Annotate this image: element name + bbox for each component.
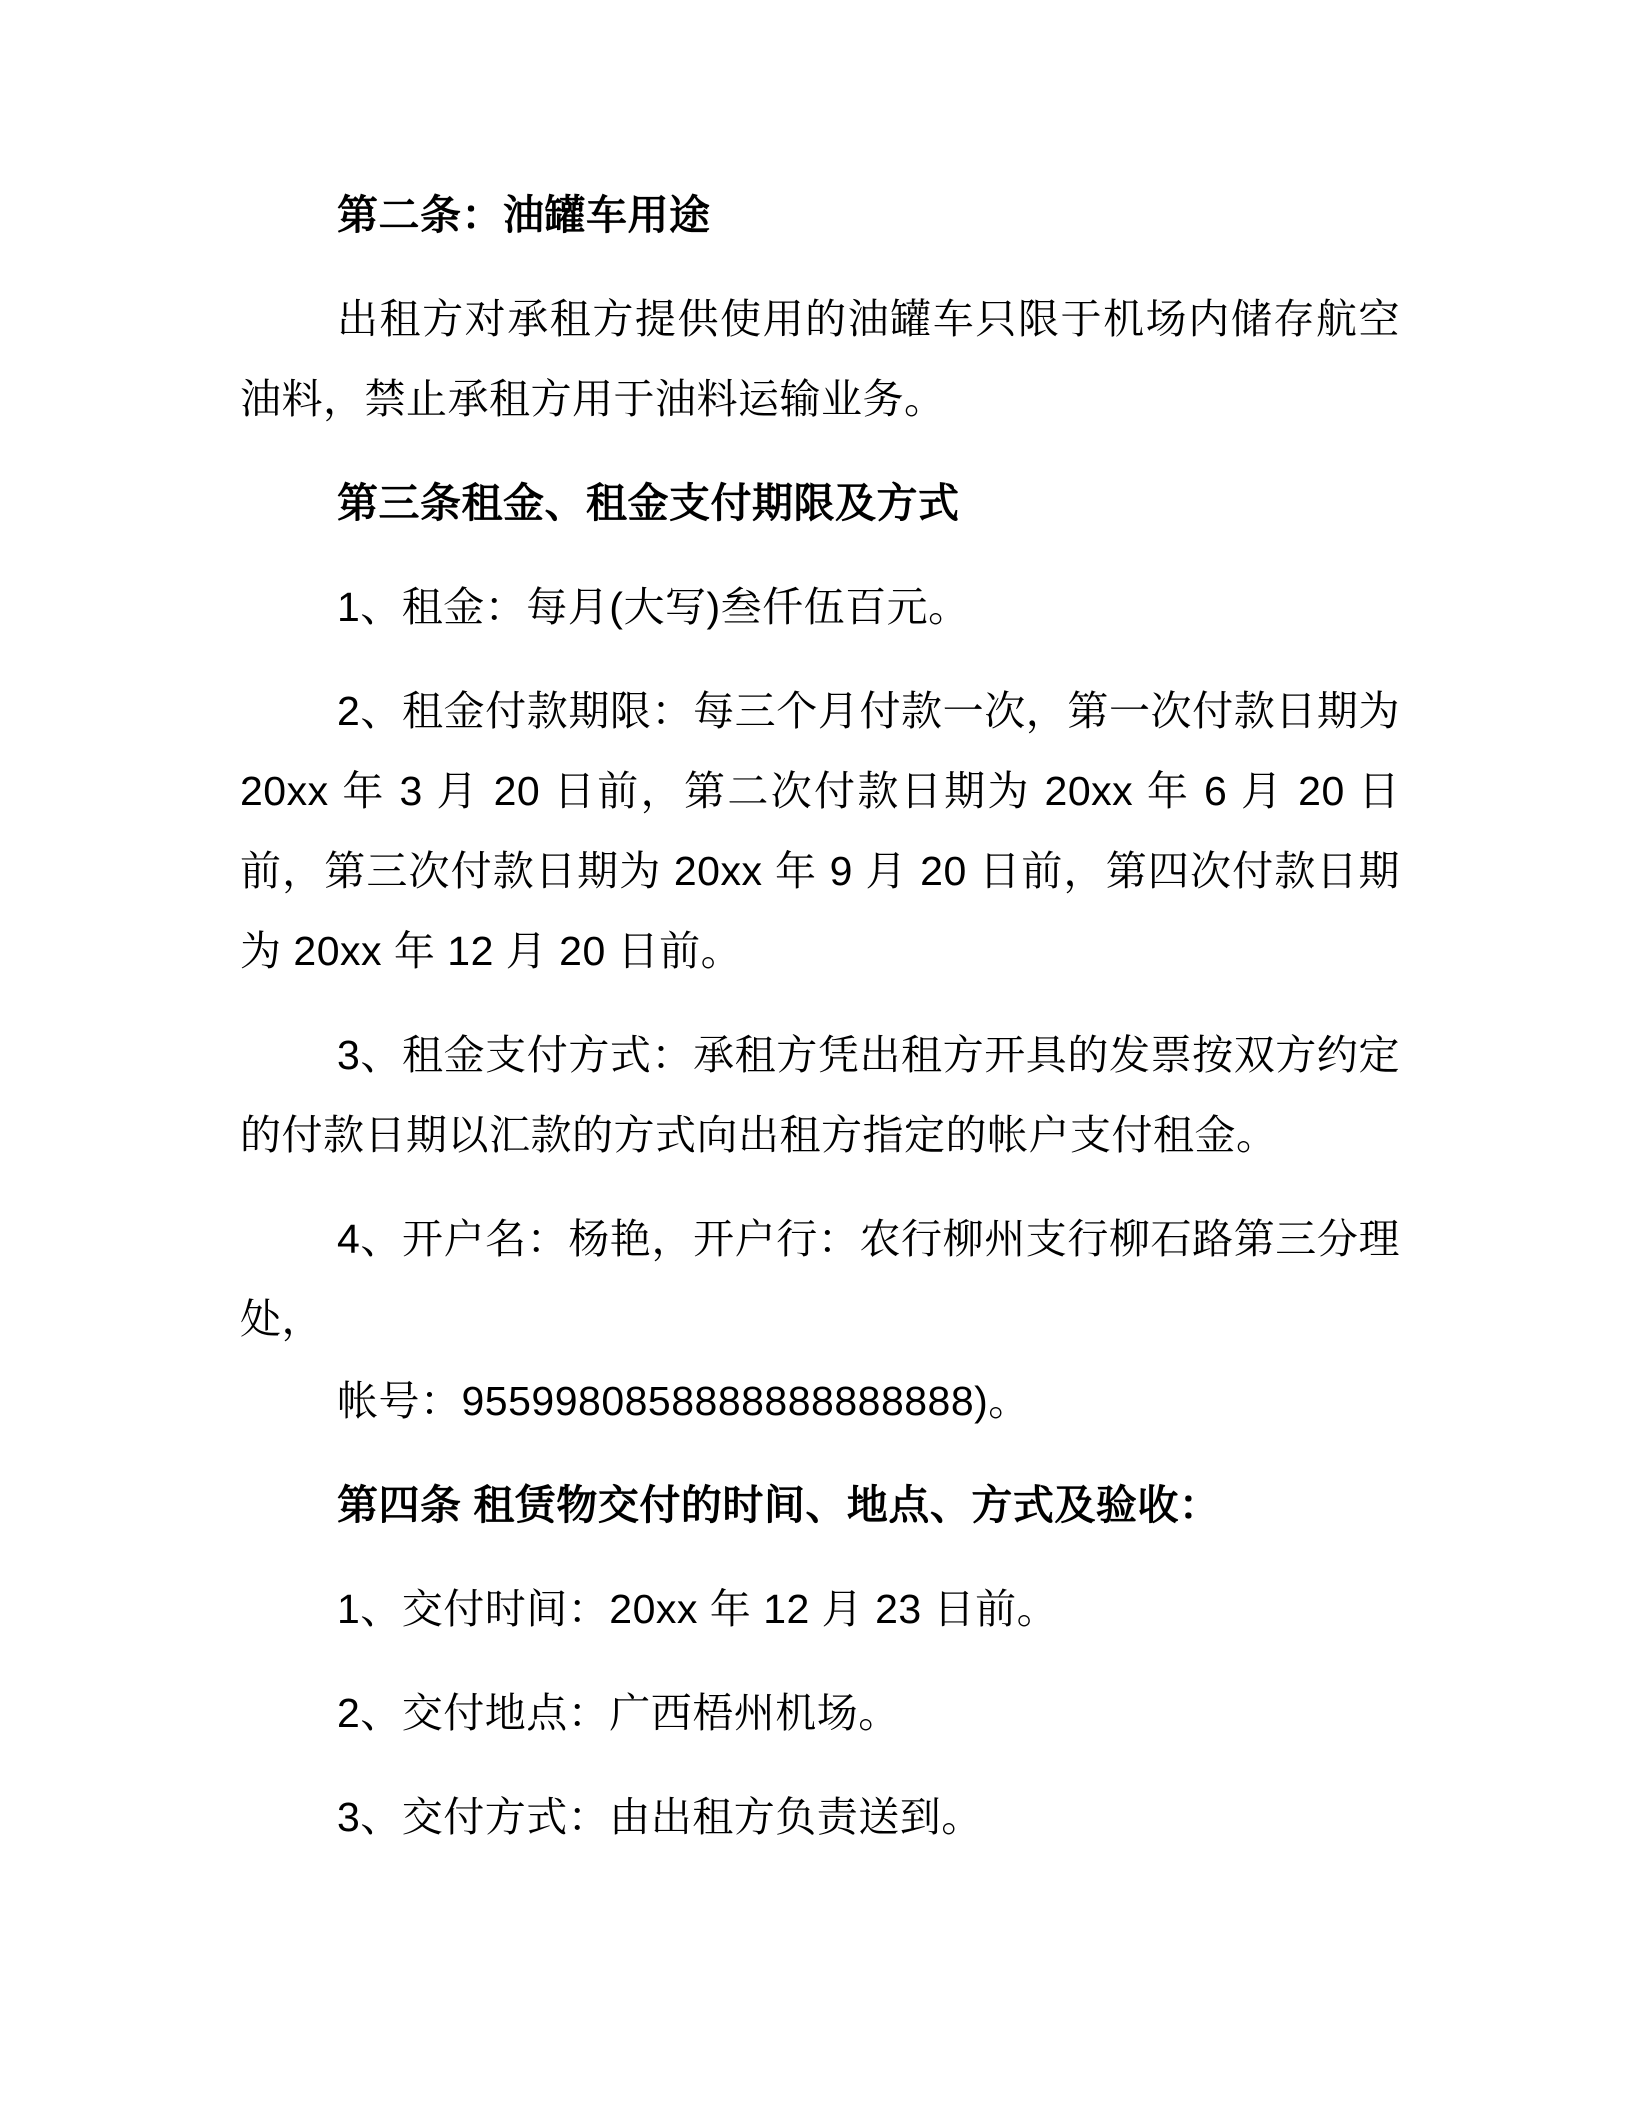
- delivery-item-2: 2、交付地点：广西梧州机场。: [240, 1673, 1400, 1753]
- clause-2-body: 出租方对承租方提供使用的油罐车只限于机场内储存航空油料，禁止承租方用于油料运输业…: [240, 279, 1400, 439]
- clause-2-heading: 第二条：油罐车用途: [240, 175, 1400, 255]
- account-number-line: 帐号：9559980858888888888888)。: [240, 1361, 1400, 1441]
- clause-4-heading: 第四条 租赁物交付的时间、地点、方式及验收：: [240, 1465, 1400, 1545]
- contract-page: 第二条：油罐车用途 出租方对承租方提供使用的油罐车只限于机场内储存航空油料，禁止…: [0, 0, 1632, 2112]
- contract-text-block: 第二条：油罐车用途 出租方对承租方提供使用的油罐车只限于机场内储存航空油料，禁止…: [240, 175, 1400, 1881]
- delivery-item-1: 1、交付时间：20xx 年 12 月 23 日前。: [240, 1569, 1400, 1649]
- rent-item-4: 4、开户名：杨艳，开户行：农行柳州支行柳石路第三分理处，: [240, 1199, 1400, 1359]
- rent-item-1: 1、租金：每月(大写)叁仟伍百元。: [240, 567, 1400, 647]
- clause-3-heading: 第三条租金、租金支付期限及方式: [240, 463, 1400, 543]
- rent-item-3: 3、租金支付方式：承租方凭出租方开具的发票按双方约定的付款日期以汇款的方式向出租…: [240, 1015, 1400, 1175]
- delivery-item-3: 3、交付方式：由出租方负责送到。: [240, 1777, 1400, 1857]
- rent-item-2: 2、租金付款期限：每三个月付款一次，第一次付款日期为 20xx 年 3 月 20…: [240, 671, 1400, 991]
